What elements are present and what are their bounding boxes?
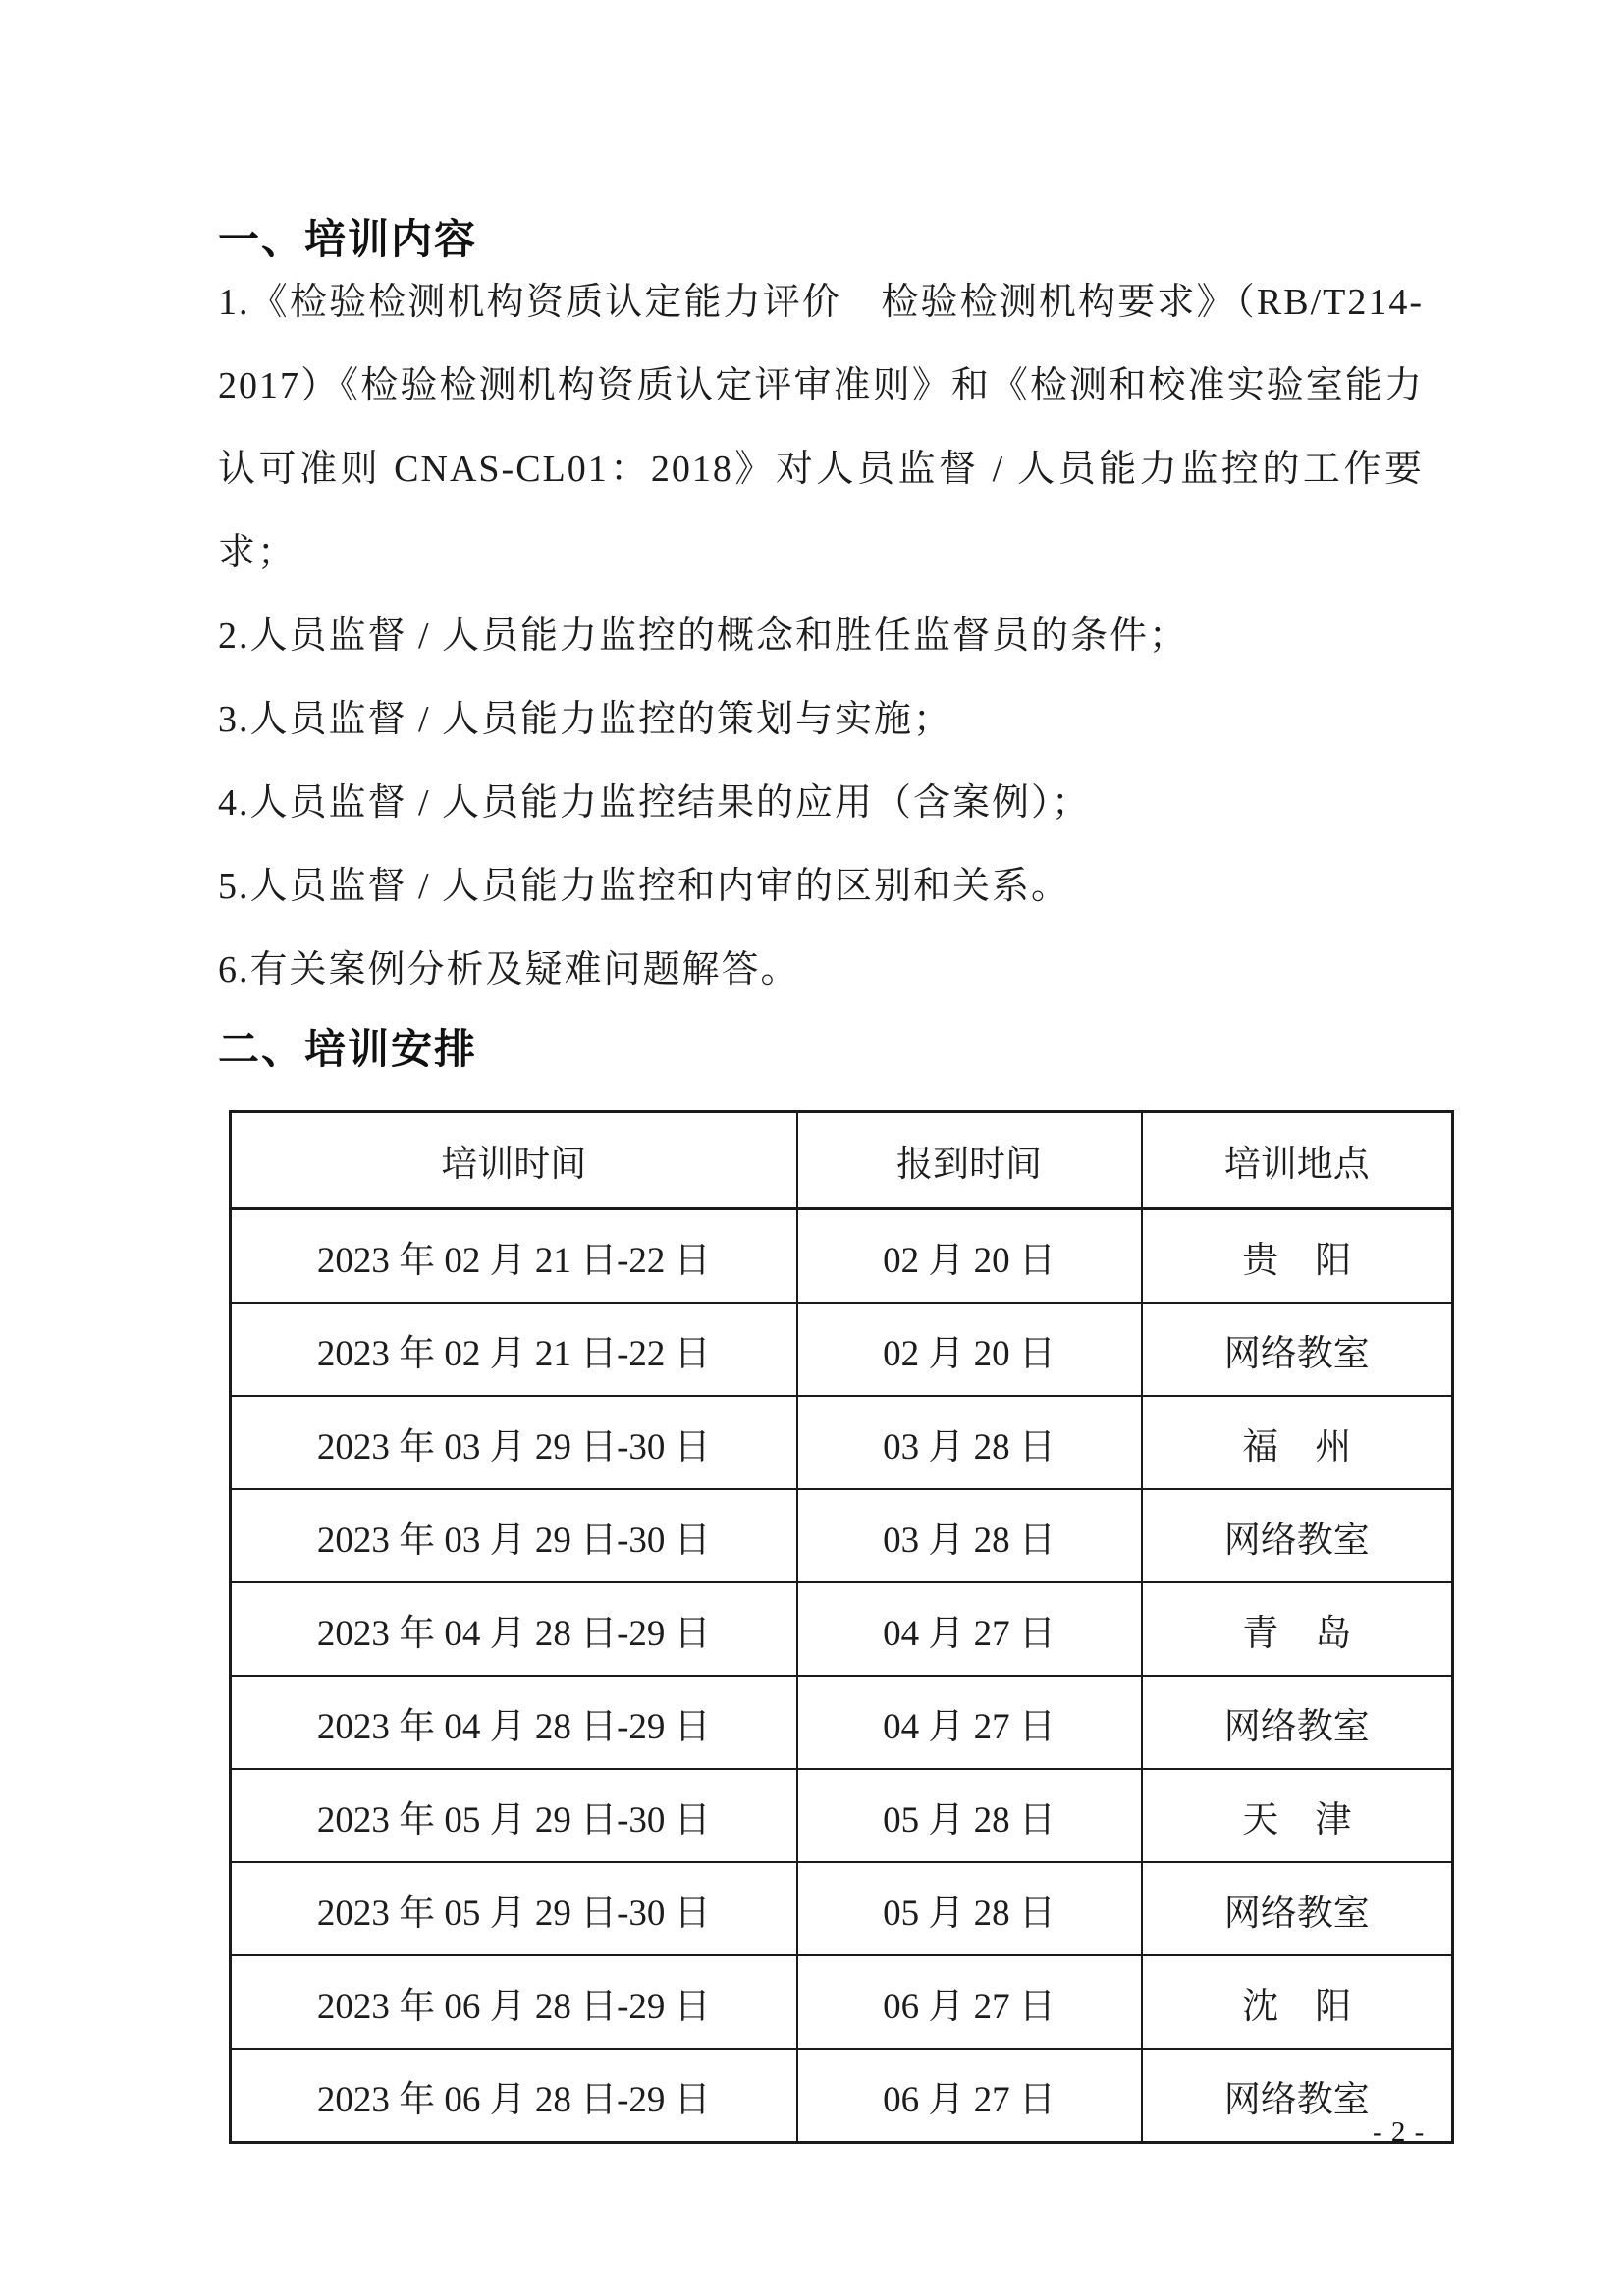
table-row: 2023 年 05 月 29 日-30 日 05 月 28 日 网络教室 — [231, 1862, 1453, 1955]
cell-training-location: 贵 阳 — [1142, 1209, 1453, 1304]
table-row: 2023 年 06 月 28 日-29 日 06 月 27 日 沈 阳 — [231, 1955, 1453, 2049]
header-training-location: 培训地点 — [1142, 1112, 1453, 1209]
cell-registration-time: 05 月 28 日 — [797, 1862, 1142, 1955]
cell-training-location: 网络教室 — [1142, 1489, 1453, 1582]
cell-training-time: 2023 年 02 月 21 日-22 日 — [231, 1303, 797, 1396]
cell-registration-time: 02 月 20 日 — [797, 1209, 1142, 1304]
cell-training-time: 2023 年 05 月 29 日-30 日 — [231, 1862, 797, 1955]
training-content-item-4: 4.人员监督 / 人员能力监控结果的应用（含案例）； — [218, 762, 1424, 845]
cell-training-location: 网络教室 — [1142, 1676, 1453, 1769]
table-row: 2023 年 04 月 28 日-29 日 04 月 27 日 网络教室 — [231, 1676, 1453, 1769]
section-heading-training-schedule: 二、培训安排 — [218, 1028, 1424, 1071]
cell-registration-time: 03 月 28 日 — [797, 1396, 1142, 1489]
cell-training-location: 网络教室 — [1142, 1303, 1453, 1396]
table-header-row: 培训时间 报到时间 培训地点 — [231, 1112, 1453, 1209]
cell-training-time: 2023 年 06 月 28 日-29 日 — [231, 2049, 797, 2143]
cell-registration-time: 02 月 20 日 — [797, 1303, 1142, 1396]
cell-registration-time: 06 月 27 日 — [797, 2049, 1142, 2143]
section-heading-training-content: 一、培训内容 — [218, 218, 1424, 261]
cell-registration-time: 04 月 27 日 — [797, 1676, 1142, 1769]
table-row: 2023 年 03 月 29 日-30 日 03 月 28 日 网络教室 — [231, 1489, 1453, 1582]
header-registration-time: 报到时间 — [797, 1112, 1142, 1209]
training-content-item-2: 2.人员监督 / 人员能力监控的概念和胜任监督员的条件； — [218, 595, 1424, 678]
cell-registration-time: 05 月 28 日 — [797, 1769, 1142, 1862]
cell-training-location: 沈 阳 — [1142, 1955, 1453, 2049]
cell-registration-time: 03 月 28 日 — [797, 1489, 1142, 1582]
cell-training-location: 青 岛 — [1142, 1582, 1453, 1676]
cell-training-time: 2023 年 04 月 28 日-29 日 — [231, 1676, 797, 1769]
cell-training-location: 网络教室 — [1142, 1862, 1453, 1955]
training-content-item-6: 6.有关案例分析及疑难问题解答。 — [218, 929, 1424, 1012]
page-number: - 2 - — [1373, 2116, 1425, 2149]
page-content: 一、培训内容 1.《检验检测机构资质认定能力评价 检验检测机构要求》（RB/T2… — [218, 0, 1424, 2144]
cell-training-time: 2023 年 06 月 28 日-29 日 — [231, 1955, 797, 2049]
training-content-item-5: 5.人员监督 / 人员能力监控和内审的区别和关系。 — [218, 845, 1424, 929]
training-content-item-3: 3.人员监督 / 人员能力监控的策划与实施； — [218, 678, 1424, 762]
document-page: 一、培训内容 1.《检验检测机构资质认定能力评价 检验检测机构要求》（RB/T2… — [0, 0, 1624, 2296]
table-row: 2023 年 06 月 28 日-29 日 06 月 27 日 网络教室 — [231, 2049, 1453, 2143]
table-row: 2023 年 02 月 21 日-22 日 02 月 20 日 网络教室 — [231, 1303, 1453, 1396]
table-row: 2023 年 02 月 21 日-22 日 02 月 20 日 贵 阳 — [231, 1209, 1453, 1304]
training-content-item-1: 1.《检验检测机构资质认定能力评价 检验检测机构要求》（RB/T214-2017… — [218, 261, 1424, 595]
cell-registration-time: 06 月 27 日 — [797, 1955, 1142, 2049]
cell-training-time: 2023 年 04 月 28 日-29 日 — [231, 1582, 797, 1676]
cell-training-time: 2023 年 03 月 29 日-30 日 — [231, 1396, 797, 1489]
table-row: 2023 年 04 月 28 日-29 日 04 月 27 日 青 岛 — [231, 1582, 1453, 1676]
table-row: 2023 年 05 月 29 日-30 日 05 月 28 日 天 津 — [231, 1769, 1453, 1862]
cell-training-time: 2023 年 03 月 29 日-30 日 — [231, 1489, 797, 1582]
cell-training-time: 2023 年 05 月 29 日-30 日 — [231, 1769, 797, 1862]
cell-registration-time: 04 月 27 日 — [797, 1582, 1142, 1676]
cell-training-location: 天 津 — [1142, 1769, 1453, 1862]
cell-training-location: 福 州 — [1142, 1396, 1453, 1489]
header-training-time: 培训时间 — [231, 1112, 797, 1209]
table-row: 2023 年 03 月 29 日-30 日 03 月 28 日 福 州 — [231, 1396, 1453, 1489]
cell-training-time: 2023 年 02 月 21 日-22 日 — [231, 1209, 797, 1304]
training-schedule-table: 培训时间 报到时间 培训地点 2023 年 02 月 21 日-22 日 02 … — [229, 1110, 1454, 2144]
